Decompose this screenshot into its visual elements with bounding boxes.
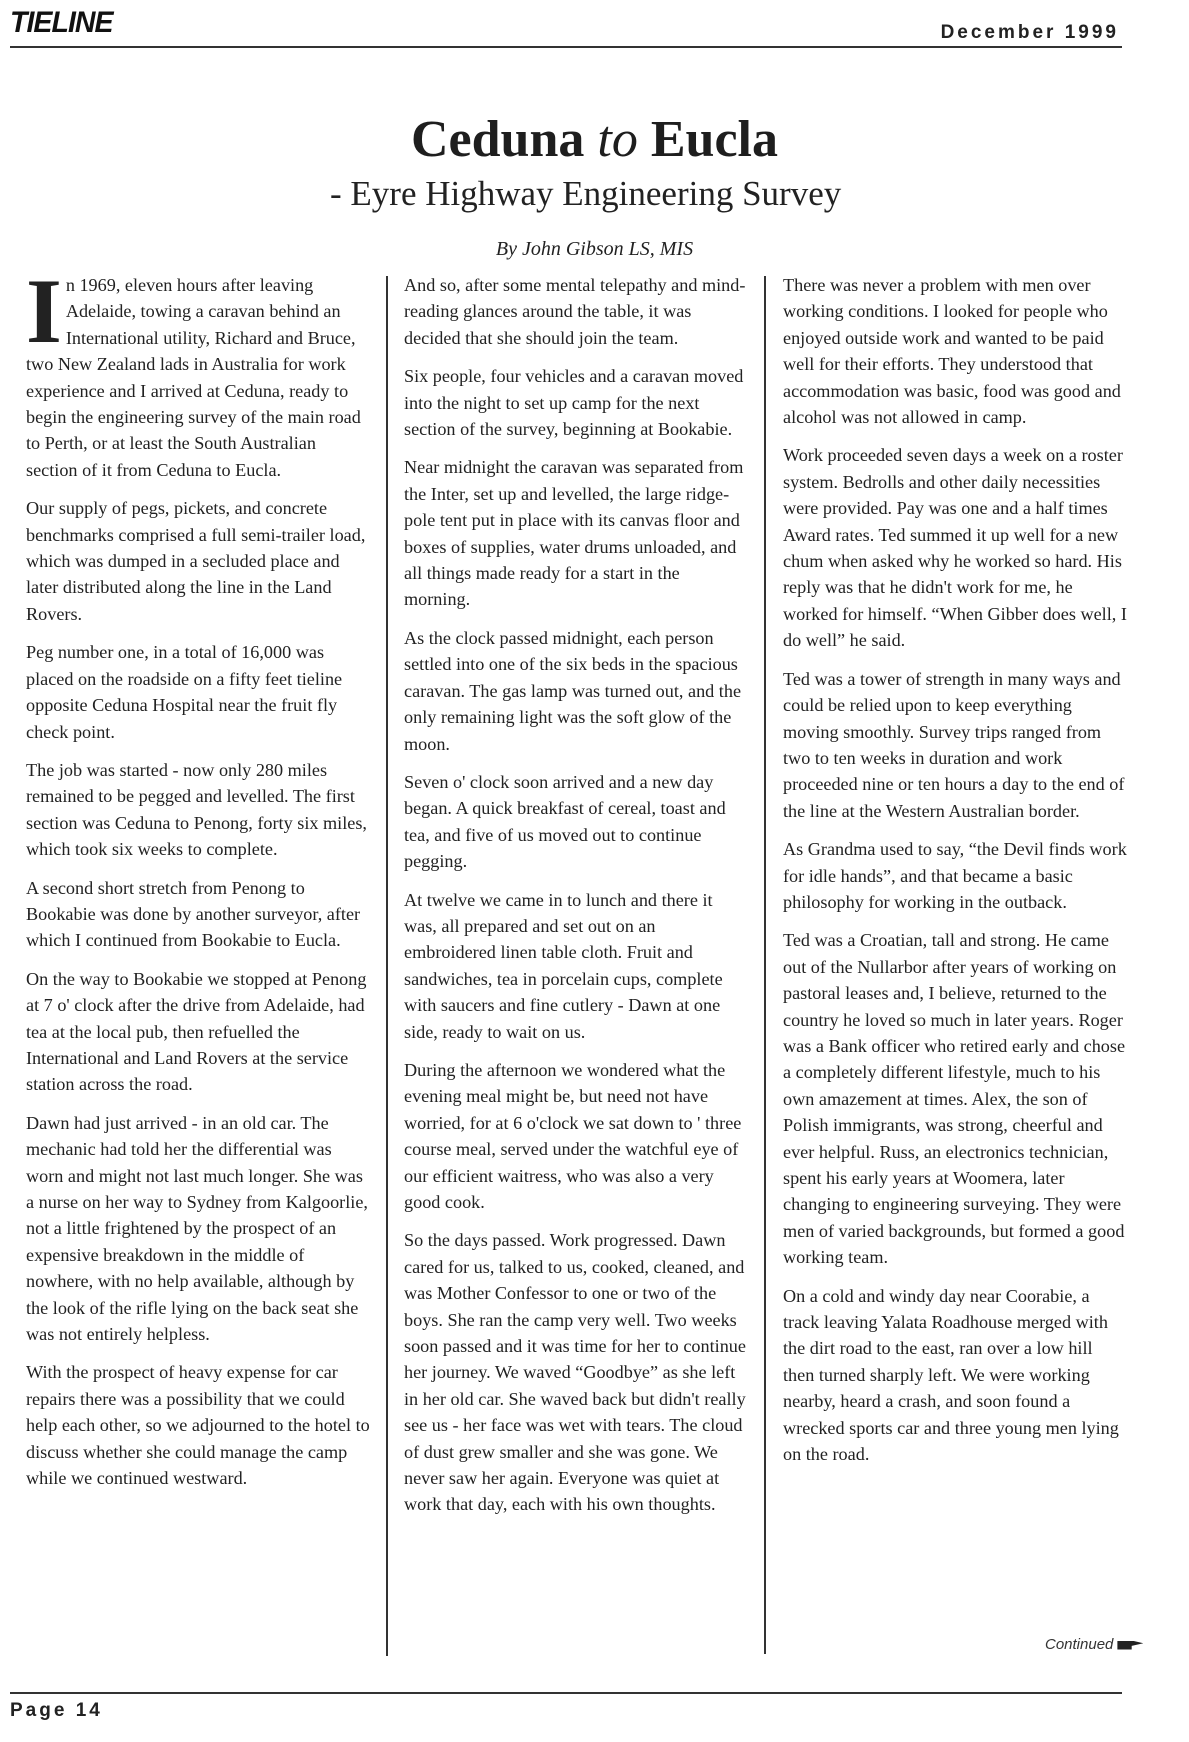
footer-rule — [10, 1692, 1122, 1694]
page-number: Page 14 — [10, 1700, 103, 1722]
article-column-3: There was never a problem with men over … — [783, 272, 1128, 1479]
paragraph: Our supply of pegs, pickets, and concret… — [26, 495, 371, 627]
issue-date: December 1999 — [941, 22, 1119, 44]
paragraph: There was never a problem with men over … — [783, 272, 1128, 430]
paragraph: Near midnight the caravan was separated … — [404, 454, 749, 612]
paragraph: Ted was a Croatian, tall and strong. He … — [783, 927, 1128, 1270]
pointing-hand-icon — [1117, 1641, 1143, 1650]
title-part-1: Ceduna — [411, 111, 584, 168]
article-subtitle: - Eyre Highway Engineering Survey — [330, 174, 841, 214]
paragraph: As the clock passed midnight, each perso… — [404, 625, 749, 757]
paragraph: So the days passed. Work progressed. Daw… — [404, 1227, 749, 1517]
paragraph: With the prospect of heavy expense for c… — [26, 1359, 371, 1491]
article-column-2: And so, after some mental telepathy and … — [404, 272, 749, 1530]
drop-cap: I — [26, 275, 62, 347]
continued-link[interactable]: Continued — [1045, 1636, 1143, 1653]
header-rule — [10, 46, 1122, 48]
paragraph: As Grandma used to say, “the Devil finds… — [783, 836, 1128, 915]
paragraph: On a cold and windy day near Coorabie, a… — [783, 1283, 1128, 1468]
paragraph: At twelve we came in to lunch and there … — [404, 887, 749, 1045]
continued-label: Continued — [1045, 1636, 1113, 1653]
paragraph: In 1969, eleven hours after leaving Adel… — [26, 272, 371, 483]
masthead: TIELINE December 1999 — [0, 0, 1189, 50]
publication-logo: TIELINE — [10, 6, 113, 40]
paragraph: And so, after some mental telepathy and … — [404, 272, 749, 351]
title-connector: to — [597, 111, 637, 168]
column-divider — [764, 276, 766, 1654]
article-title: Ceduna to Eucla — [0, 110, 1189, 169]
paragraph: Work proceeded seven days a week on a ro… — [783, 442, 1128, 653]
paragraph: Six people, four vehicles and a caravan … — [404, 363, 749, 442]
column-divider — [386, 276, 388, 1656]
paragraph: During the afternoon we wondered what th… — [404, 1057, 749, 1215]
paragraph: Dawn had just arrived - in an old car. T… — [26, 1110, 371, 1348]
article-column-1: In 1969, eleven hours after leaving Adel… — [26, 272, 371, 1503]
paragraph: Seven o' clock soon arrived and a new da… — [404, 769, 749, 875]
title-part-2: Eucla — [651, 111, 778, 168]
paragraph: Ted was a tower of strength in many ways… — [783, 666, 1128, 824]
paragraph: The job was started - now only 280 miles… — [26, 757, 371, 863]
paragraph: Peg number one, in a total of 16,000 was… — [26, 639, 371, 745]
paragraph: On the way to Bookabie we stopped at Pen… — [26, 966, 371, 1098]
byline: By John Gibson LS, MIS — [0, 238, 1189, 261]
paragraph: A second short stretch from Penong to Bo… — [26, 875, 371, 954]
